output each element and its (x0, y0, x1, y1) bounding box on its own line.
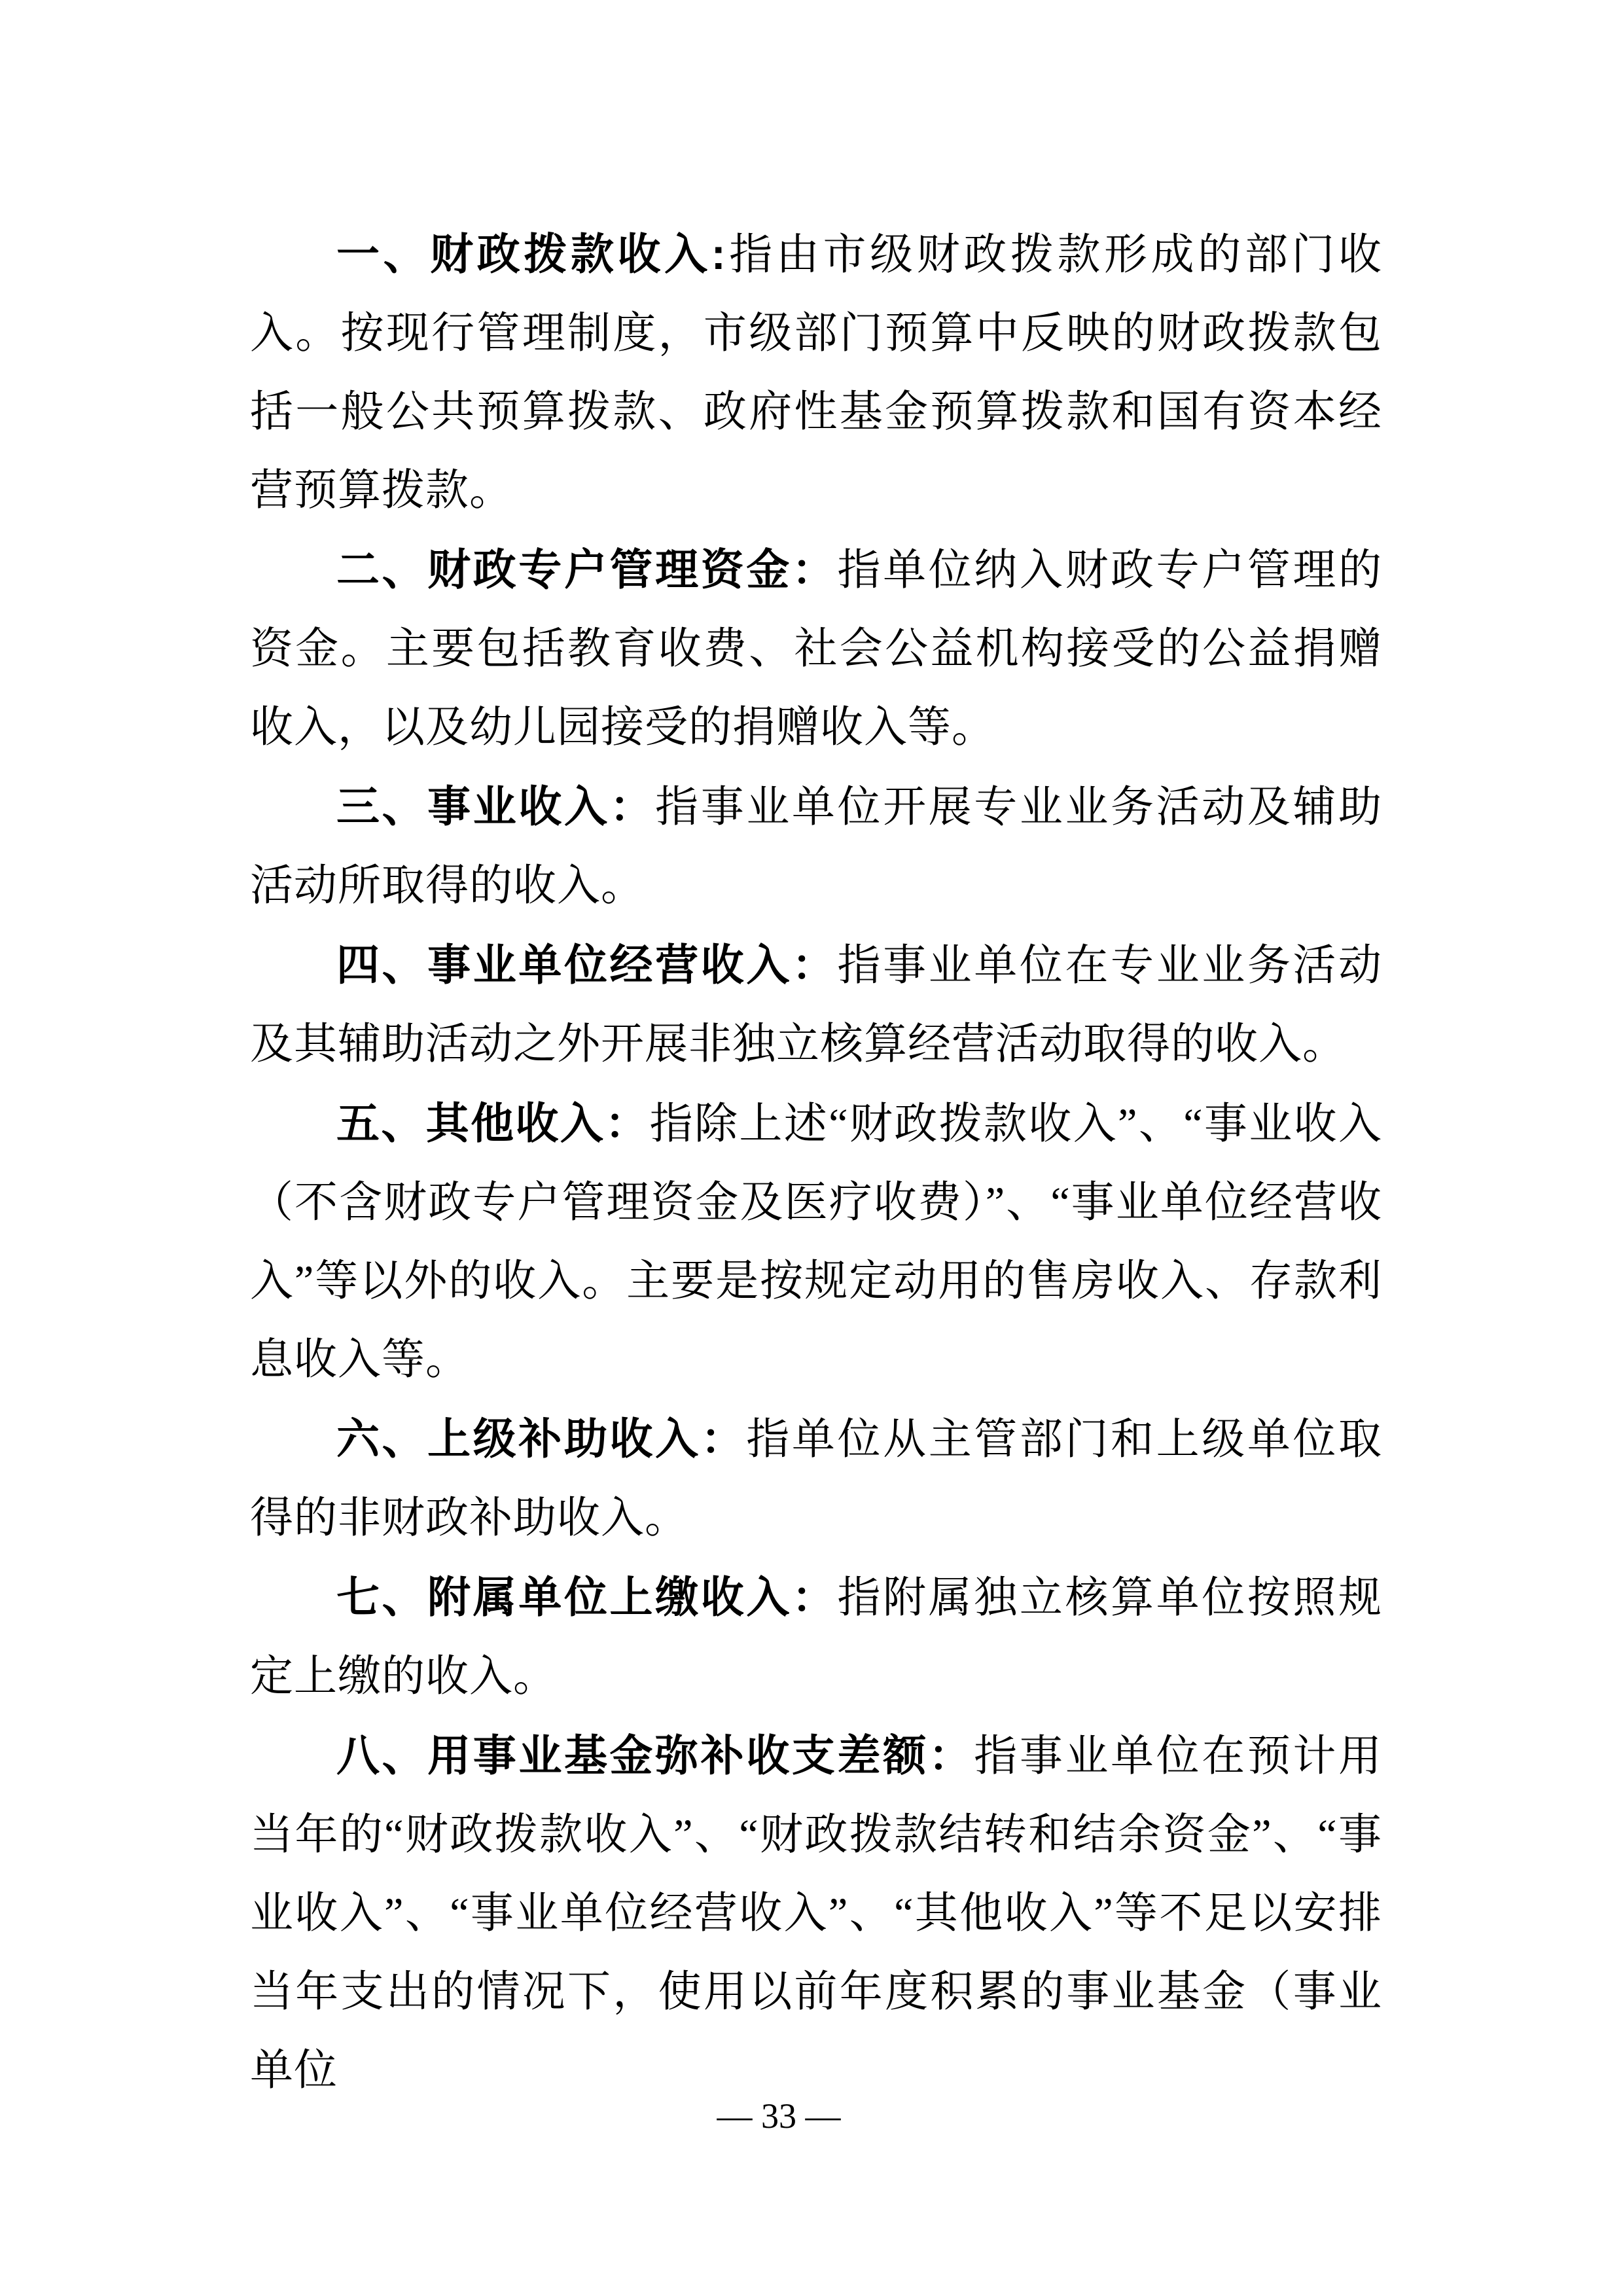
term-label: 四、事业单位经营收入： (336, 941, 838, 989)
paragraph-institution-income: 三、事业收入：指事业单位开展专业业务活动及辅助活动所取得的收入。 (250, 767, 1382, 925)
term-label: 五、其他收入： (336, 1099, 650, 1147)
paragraph-institution-operating-income: 四、事业单位经营收入：指事业单位在专业业务活动及其辅助活动之外开展非独立核算经营… (250, 925, 1382, 1084)
document-page: 一、财政拨款收入:指由市级财政拨款形成的部门收入。按现行管理制度，市级部门预算中… (0, 0, 1623, 2296)
term-label: 三、事业收入： (336, 782, 655, 831)
term-label: 二、财政专户管理资金： (336, 545, 838, 594)
page-number: — 33 — (0, 2093, 1558, 2139)
paragraph-fiscal-special-account-funds: 二、财政专户管理资金：指单位纳入财政专户管理的资金。主要包括教育收费、社会公益机… (250, 530, 1382, 767)
paragraph-other-income: 五、其他收入：指除上述“财政拨款收入”、“事业收入（不含财政专户管理资金及医疗收… (250, 1084, 1382, 1399)
paragraph-fiscal-appropriation-income: 一、财政拨款收入:指由市级财政拨款形成的部门收入。按现行管理制度，市级部门预算中… (250, 215, 1382, 530)
term-label: 六、上级补助收入： (336, 1414, 746, 1463)
paragraph-use-of-institution-fund: 八、用事业基金弥补收支差额：指事业单位在预计用当年的“财政拨款收入”、“财政拨款… (250, 1716, 1382, 2110)
term-definition: 指事业单位在预计用当年的“财政拨款收入”、“财政拨款结转和结余资金”、“事业收入… (250, 1732, 1382, 2094)
term-label: 八、用事业基金弥补收支差额： (336, 1731, 974, 1780)
paragraph-affiliated-unit-remittance-income: 七、附属单位上缴收入：指附属独立核算单位按照规定上缴的收入。 (250, 1558, 1382, 1716)
paragraph-superior-subsidy-income: 六、上级补助收入：指单位从主管部门和上级单位取得的非财政补助收入。 (250, 1399, 1382, 1558)
term-label: 一、财政拨款收入: (336, 230, 726, 278)
document-body: 一、财政拨款收入:指由市级财政拨款形成的部门收入。按现行管理制度，市级部门预算中… (250, 215, 1382, 2110)
term-label: 七、附属单位上缴收入： (336, 1573, 838, 1621)
